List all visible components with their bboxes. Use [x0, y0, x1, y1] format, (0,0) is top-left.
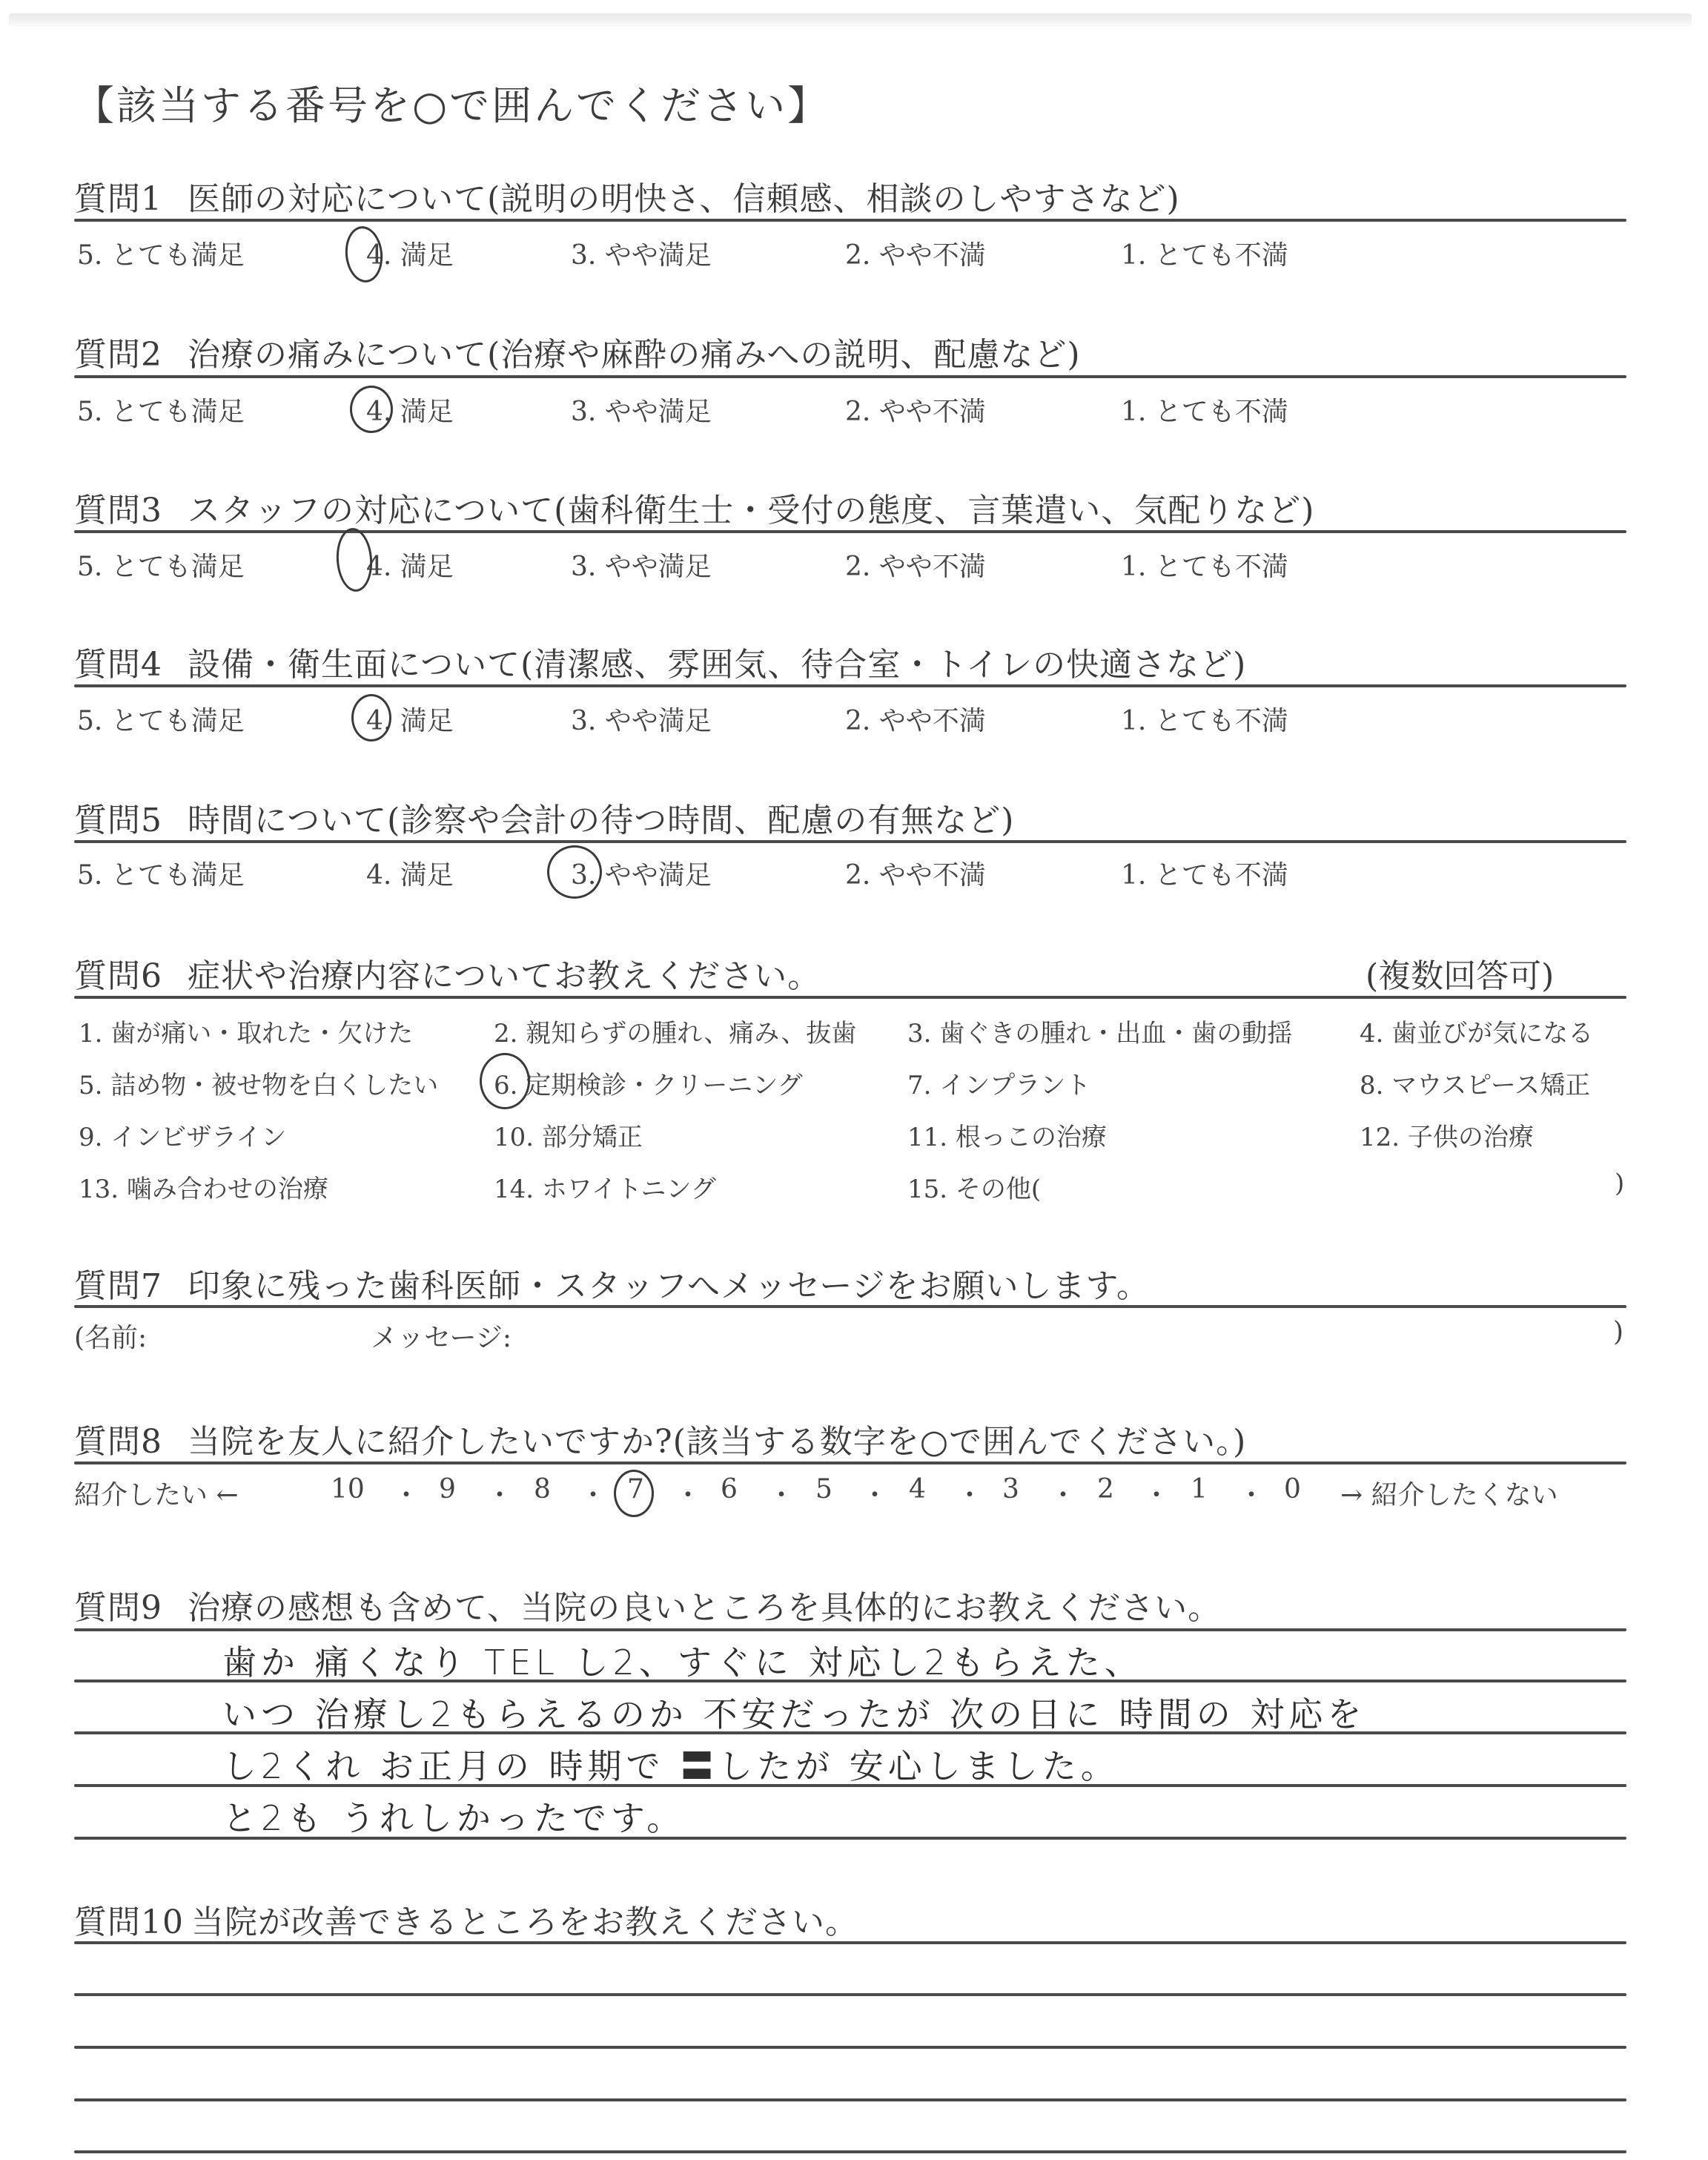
scale-10[interactable]: 10 [331, 1474, 365, 1505]
answer-input-line[interactable] [222, 2054, 1557, 2095]
scale-separator: ・ [1050, 1474, 1076, 1512]
divider [74, 1305, 1626, 1308]
scale-5[interactable]: 5 [815, 1474, 833, 1505]
question-9-heading: 質問9治療の感想も含めて、当院の良いところを具体的にお教えください。 [74, 1581, 1221, 1628]
q6-item-6[interactable]: 6. 定期検診・クリーニング [494, 1065, 803, 1101]
selection-circle [614, 1470, 654, 1517]
selection-circle [342, 225, 385, 285]
q6-item-8[interactable]: 8. マウスピース矯正 [1360, 1065, 1590, 1101]
scale-2[interactable]: 2 [1097, 1474, 1114, 1505]
question-2-heading: 質問2治療の痛みについて(治療や麻酔の痛みへの説明、配慮など) [74, 328, 1081, 375]
scale-separator: ・ [486, 1474, 513, 1512]
answer-line [74, 2046, 1626, 2049]
question-number: 質問2 [74, 336, 162, 374]
question-number: 質問7 [74, 1267, 162, 1305]
question-number: 質問8 [74, 1423, 162, 1461]
q6-item-10[interactable]: 10. 部分矯正 [494, 1117, 643, 1153]
scale-separator: ・ [675, 1474, 701, 1512]
question-4-heading: 質問4設備・衛生面について(清潔感、雰囲気、待合室・トイレの快適さなど) [74, 638, 1246, 685]
divider [74, 840, 1626, 843]
q5-option-2[interactable]: 2. やや不満 [845, 854, 986, 892]
selection-circle [480, 1053, 530, 1109]
scale-separator: ・ [956, 1474, 983, 1512]
handwritten-answer-line[interactable]: と2も うれしかったです。 [222, 1791, 685, 1840]
q3-option-2[interactable]: 2. やや不満 [845, 546, 986, 584]
scale-separator: ・ [1238, 1474, 1265, 1512]
divider [74, 1462, 1626, 1464]
multiple-answers-note: (複数回答可) [1366, 949, 1554, 997]
question-text: 治療の痛みについて(治療や麻酔の痛みへの説明、配慮など) [188, 336, 1081, 374]
q2-option-5[interactable]: 5. とても満足 [77, 391, 245, 429]
name-field-label: (名前: [74, 1317, 147, 1355]
scale-3[interactable]: 3 [1002, 1474, 1019, 1505]
answer-line [74, 1837, 1626, 1840]
question-text: 時間について(診察や会計の待つ時間、配慮の有無など) [188, 802, 1014, 839]
q1-option-2[interactable]: 2. やや不満 [845, 234, 986, 272]
handwritten-answer-line[interactable]: し2くれ お正月の 時期で 〓したが 安心しました。 [222, 1740, 1119, 1789]
selection-circle [350, 386, 393, 433]
answer-input-line[interactable] [222, 2107, 1557, 2149]
question-text: 治療の感想も含めて、当院の良いところを具体的にお教えください。 [188, 1589, 1221, 1627]
scale-9[interactable]: 9 [439, 1474, 456, 1505]
page-title: 【該当する番号を○で囲んでください】 [74, 74, 830, 131]
recommend-right-label: → 紹介したくない [1340, 1474, 1558, 1512]
close-paren: ) [1613, 1317, 1623, 1347]
divider [74, 530, 1626, 533]
q6-item-13[interactable]: 13. 噛み合わせの治療 [79, 1169, 328, 1205]
divider [74, 684, 1626, 687]
q6-item-12[interactable]: 12. 子供の治療 [1360, 1117, 1534, 1153]
question-text: 医師の対応について(説明の明快さ、信頼感、相談のしやすさなど) [188, 180, 1180, 218]
question-number: 質問4 [74, 646, 162, 684]
q3-option-4[interactable]: 4. 満足 [366, 546, 454, 584]
recommend-left-label: 紹介したい ← [74, 1474, 239, 1512]
question-5-heading: 質問5時間について(診察や会計の待つ時間、配慮の有無など) [74, 793, 1014, 841]
question-3-heading: 質問3スタッフの対応について(歯科衛生士・受付の態度、言葉遣い、気配りなど) [74, 483, 1314, 531]
question-7-heading: 質問7印象に残った歯科医師・スタッフへメッセージをお願いします。 [74, 1259, 1150, 1307]
q3-option-3[interactable]: 3. やや満足 [571, 546, 712, 584]
q6-item-2[interactable]: 2. 親知らずの腫れ、痛み、抜歯 [494, 1013, 856, 1049]
answer-input-line[interactable] [222, 1950, 1557, 1992]
question-text: 印象に残った歯科医師・スタッフへメッセージをお願いします。 [188, 1267, 1150, 1305]
question-text: スタッフの対応について(歯科衛生士・受付の態度、言葉遣い、気配りなど) [188, 492, 1314, 529]
scale-8[interactable]: 8 [534, 1474, 551, 1505]
message-input[interactable] [563, 1312, 1601, 1350]
scale-separator: ・ [768, 1474, 795, 1512]
divider [74, 375, 1626, 378]
q1-option-3[interactable]: 3. やや満足 [571, 234, 712, 272]
q2-option-1[interactable]: 1. とても不満 [1121, 391, 1288, 429]
q6-item-1[interactable]: 1. 歯が痛い・取れた・欠けた [79, 1013, 413, 1049]
q3-option-1[interactable]: 1. とても不満 [1121, 546, 1288, 584]
question-1-heading: 質問1医師の対応について(説明の明快さ、信頼感、相談のしやすさなど) [74, 172, 1180, 219]
answer-line [74, 1680, 1626, 1682]
q6-item-3[interactable]: 3. 歯ぐきの腫れ・出血・歯の動揺 [907, 1013, 1292, 1049]
scale-separator: ・ [861, 1474, 888, 1512]
question-text: 設備・衛生面について(清潔感、雰囲気、待合室・トイレの快適さなど) [188, 646, 1246, 684]
divider [74, 219, 1626, 222]
scale-separator: ・ [393, 1474, 420, 1512]
selection-circle [351, 694, 391, 742]
scale-separator: ・ [580, 1474, 606, 1512]
answer-line [74, 2098, 1626, 2101]
q4-option-5[interactable]: 5. とても満足 [77, 700, 245, 738]
question-8-heading: 質問8当院を友人に紹介したいですか?(該当する数字を○で囲んでください。) [74, 1415, 1246, 1462]
q6-item-14[interactable]: 14. ホワイトニング [494, 1169, 716, 1205]
message-field-label: メッセージ: [371, 1317, 512, 1355]
q5-option-5[interactable]: 5. とても満足 [77, 854, 245, 892]
question-number: 質問10 [74, 1903, 184, 1941]
answer-line [74, 1941, 1626, 1944]
q6-item-11[interactable]: 11. 根っこの治療 [907, 1117, 1107, 1153]
answer-line [74, 2150, 1626, 2153]
scale-0[interactable]: 0 [1284, 1474, 1301, 1505]
question-number: 質問1 [74, 180, 162, 218]
q6-item-5[interactable]: 5. 詰め物・被せ物を白くしたい [79, 1065, 438, 1101]
question-10-heading: 質問10当院が改善できるところをお教えください。 [74, 1895, 858, 1943]
q3-option-5[interactable]: 5. とても満足 [77, 546, 245, 584]
q1-option-5[interactable]: 5. とても満足 [77, 234, 245, 272]
q6-item-9[interactable]: 9. インビザライン [79, 1117, 286, 1153]
selection-circle [547, 845, 602, 899]
question-number: 質問6 [74, 957, 162, 995]
q2-option-2[interactable]: 2. やや不満 [845, 391, 986, 429]
scan-top-edge [9, 13, 1692, 27]
q6-item-15[interactable]: 15. その他( [907, 1169, 1041, 1205]
scale-4[interactable]: 4 [909, 1474, 926, 1505]
question-number: 質問5 [74, 802, 162, 839]
q6-item-7[interactable]: 7. インプラント [907, 1065, 1090, 1101]
q6-item-4[interactable]: 4. 歯並びが気になる [1360, 1013, 1593, 1049]
q2-option-3[interactable]: 3. やや満足 [571, 391, 712, 429]
question-number: 質問3 [74, 492, 162, 529]
q5-option-4[interactable]: 4. 満足 [366, 854, 454, 892]
answer-line [74, 1731, 1626, 1734]
answer-line [74, 1993, 1626, 1996]
question-text: 症状や治療内容についてお教えください。 [188, 957, 821, 995]
q4-option-2[interactable]: 2. やや不満 [845, 700, 986, 738]
q6-other-close-paren: ) [1615, 1169, 1624, 1198]
q4-option-3[interactable]: 3. やや満足 [571, 700, 712, 738]
answer-line [74, 1628, 1626, 1631]
question-text: 当院が改善できるところをお教えください。 [191, 1903, 858, 1941]
divider [74, 996, 1626, 999]
q4-option-1[interactable]: 1. とても不満 [1121, 700, 1288, 738]
q1-option-1[interactable]: 1. とても不満 [1121, 234, 1288, 272]
handwritten-answer-line[interactable]: 歯か 痛くなり TEL し2、すぐに 対応し2もらえた、 [222, 1636, 1143, 1685]
question-text: 当院を友人に紹介したいですか?(該当する数字を○で囲んでください。) [188, 1423, 1246, 1461]
answer-input-line[interactable] [222, 2002, 1557, 2044]
question-number: 質問9 [74, 1589, 162, 1627]
answer-line [74, 1784, 1626, 1787]
scale-6[interactable]: 6 [721, 1474, 738, 1505]
q5-option-1[interactable]: 1. とても不満 [1121, 854, 1288, 892]
scale-1[interactable]: 1 [1191, 1474, 1208, 1505]
scale-separator: ・ [1143, 1474, 1170, 1512]
question-6-heading: 質問6症状や治療内容についてお教えください。 [74, 949, 821, 997]
name-input[interactable] [185, 1312, 356, 1350]
handwritten-answer-line[interactable]: いつ 治療し2もらえるのか 不安だったが 次の日に 時間の 対応を [222, 1688, 1366, 1737]
